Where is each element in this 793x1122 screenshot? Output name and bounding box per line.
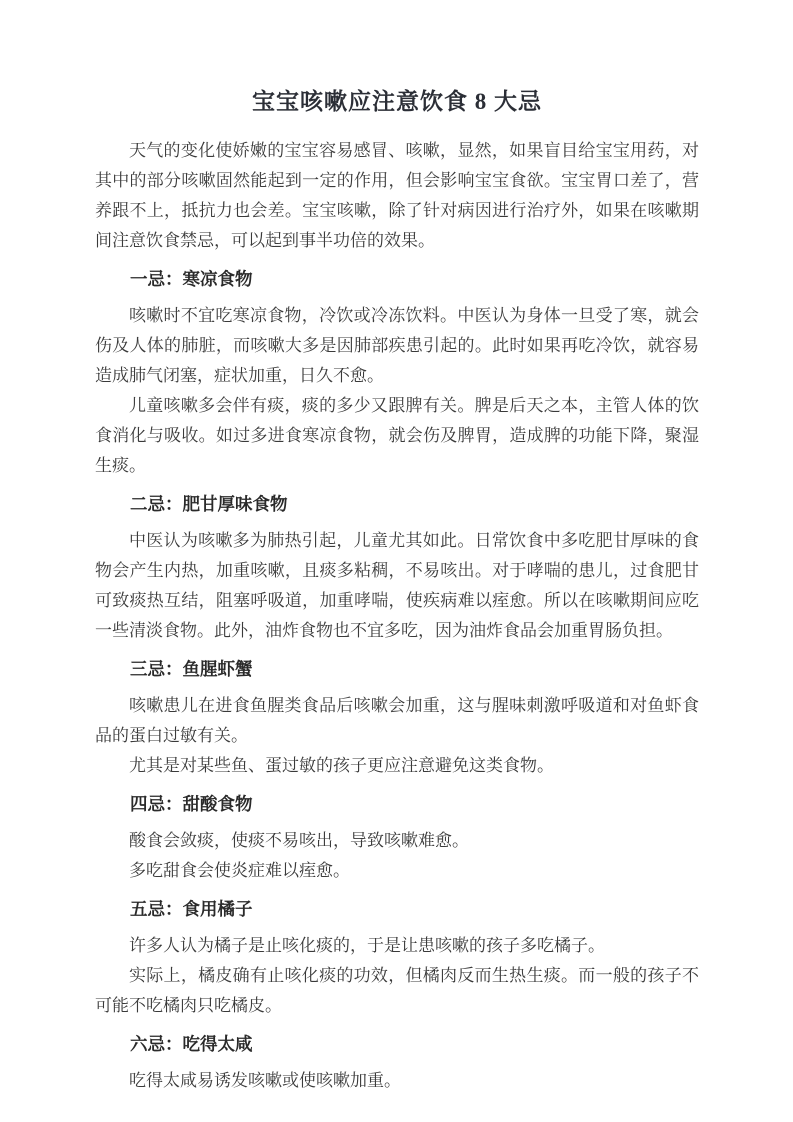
section-heading: 四忌：甜酸食物 xyxy=(95,789,699,819)
section-heading: 一忌：寒凉食物 xyxy=(95,264,699,294)
section-paragraph: 多吃甜食会使炎症难以痓愈。 xyxy=(95,856,699,886)
section: 一忌：寒凉食物 咳嗽时不宜吃寒凉食物，冷饮或冷冻饮料。中医认为身体一旦受了寒，就… xyxy=(95,264,699,481)
section-heading: 二忌：肥甘厚味食物 xyxy=(95,489,699,519)
section: 六忌：吃得太咸 吃得太咸易诱发咳嗽或使咳嗽加重。 xyxy=(95,1029,699,1096)
document-page: 宝宝咳嗽应注意饮食 8 大忌 天气的变化使娇嫩的宝宝容易感冒、咳嗽，显然，如果盲… xyxy=(0,0,793,1122)
section-paragraph: 酸食会敛痰，使痰不易咳出，导致咳嗽难愈。 xyxy=(95,826,699,856)
section-paragraph: 许多人认为橘子是止咳化痰的，于是让患咳嗽的孩子多吃橘子。 xyxy=(95,931,699,961)
section: 五忌：食用橘子 许多人认为橘子是止咳化痰的，于是让患咳嗽的孩子多吃橘子。实际上，… xyxy=(95,894,699,1021)
section-heading: 六忌：吃得太咸 xyxy=(95,1029,699,1059)
section-paragraph: 吃得太咸易诱发咳嗽或使咳嗽加重。 xyxy=(95,1066,699,1096)
section-paragraph: 咳嗽时不宜吃寒凉食物，冷饮或冷冻饮料。中医认为身体一旦受了寒，就会伤及人体的肺脏… xyxy=(95,301,699,391)
section-paragraph: 儿童咳嗽多会伴有痰，痰的多少又跟脾有关。脾是后天之本，主管人体的饮食消化与吸收。… xyxy=(95,391,699,481)
sections-container: 一忌：寒凉食物 咳嗽时不宜吃寒凉食物，冷饮或冷冻饮料。中医认为身体一旦受了寒，就… xyxy=(95,264,699,1096)
section-paragraph: 实际上，橘皮确有止咳化痰的功效，但橘肉反而生热生痰。而一般的孩子不可能不吃橘肉只… xyxy=(95,961,699,1021)
section-heading: 五忌：食用橘子 xyxy=(95,894,699,924)
section-heading: 三忌：鱼腥虾蟹 xyxy=(95,654,699,684)
section: 二忌：肥甘厚味食物 中医认为咳嗽多为肺热引起，儿童尤其如此。日常饮食中多吃肥甘厚… xyxy=(95,489,699,646)
section-paragraph: 尤其是对某些鱼、蛋过敏的孩子更应注意避免这类食物。 xyxy=(95,751,699,781)
section-paragraph: 咳嗽患儿在进食鱼腥类食品后咳嗽会加重，这与腥味刺激呼吸道和对鱼虾食品的蛋白过敏有… xyxy=(95,691,699,751)
section-paragraph: 中医认为咳嗽多为肺热引起，儿童尤其如此。日常饮食中多吃肥甘厚味的食物会产生内热，… xyxy=(95,526,699,646)
section: 三忌：鱼腥虾蟹 咳嗽患儿在进食鱼腥类食品后咳嗽会加重，这与腥味刺激呼吸道和对鱼虾… xyxy=(95,654,699,781)
intro-paragraph: 天气的变化使娇嫩的宝宝容易感冒、咳嗽，显然，如果盲目给宝宝用药，对其中的部分咳嗽… xyxy=(95,136,699,256)
section: 四忌：甜酸食物 酸食会敛痰，使痰不易咳出，导致咳嗽难愈。多吃甜食会使炎症难以痓愈… xyxy=(95,789,699,886)
document-title: 宝宝咳嗽应注意饮食 8 大忌 xyxy=(95,86,699,118)
